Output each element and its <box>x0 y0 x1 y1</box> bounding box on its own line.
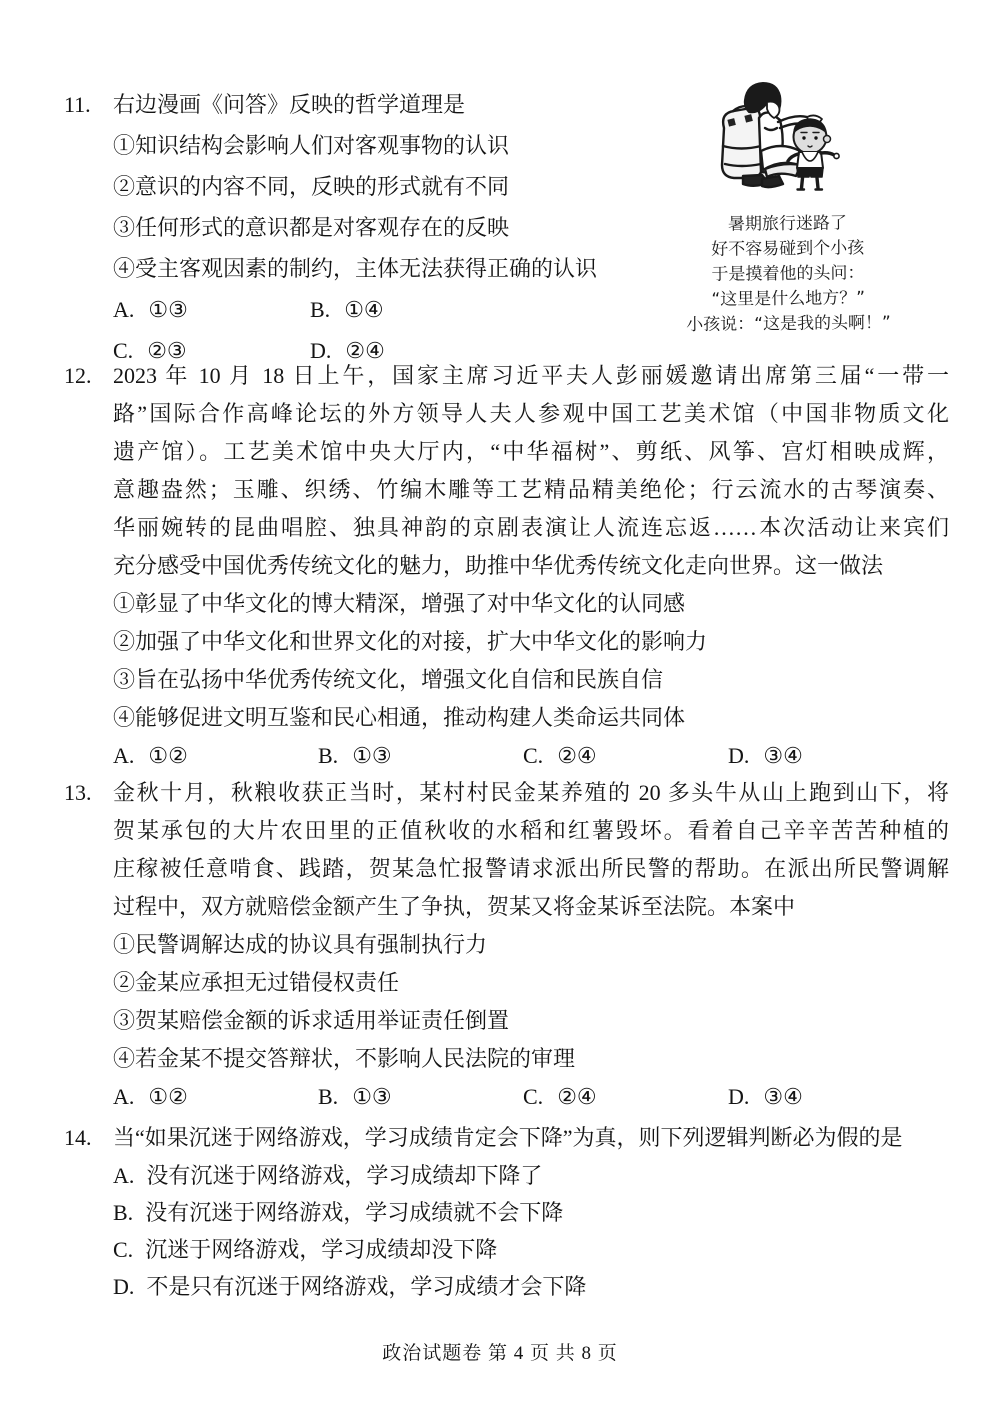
question-number: 11. <box>64 84 91 125</box>
question-13: 13. 金秋十月，秋粮收获正当时，某村村民金某养殖的 20 多头牛从山上跑到山下… <box>64 774 950 1116</box>
cartoon-caption: 暑期旅行迷路了 好不容易碰到个小孩 于是摸着他的头问： “这里是什么地方？” 小… <box>649 211 926 339</box>
choice-d: D.③④ <box>728 1078 933 1116</box>
page-footer: 政治试题卷 第 4 页 共 8 页 <box>0 1338 1000 1365</box>
choices-row: A.①② B.①③ C.②④ D.③④ <box>113 1078 949 1116</box>
question-12: 12. 2023 年 10 月 18 日上午，国家主席习近平夫人彭丽媛邀请出席第… <box>64 357 950 775</box>
choice-b: B.①④ <box>310 289 507 330</box>
statement-item-4: ④能够促进文明互鉴和民心相通，推动构建人类命运共同体 <box>113 699 949 737</box>
choice-b: B.①③ <box>318 737 523 775</box>
statement-item-2: ②金某应承担无过错侵权责任 <box>113 964 949 1002</box>
choice-a: A.①③ <box>113 289 310 330</box>
statement-item-1: ①彰显了中华文化的博大精深，增强了对中华文化的认同感 <box>113 585 949 623</box>
question-stem: 金秋十月，秋粮收获正当时，某村村民金某养殖的 20 多头牛从山上跑到山下，将 贺… <box>113 774 949 926</box>
question-number: 13. <box>64 774 92 812</box>
option-c: C.沉迷于网络游戏，学习成绩却没下降 <box>113 1231 949 1268</box>
cartoon-caption-line: 暑期旅行迷路了 <box>649 211 925 239</box>
cartoon-caption-line: “这里是什么地方？” <box>650 286 926 314</box>
statement-item-4: ④若金某不提交答辩状，不影响人民法院的审理 <box>113 1040 949 1078</box>
cartoon-caption-line: 好不容易碰到个小孩 <box>650 236 926 264</box>
question-number: 12. <box>64 357 92 395</box>
choice-d: D.③④ <box>728 737 933 775</box>
option-d: D.不是只有沉迷于网络游戏，学习成绩才会下降 <box>113 1268 949 1305</box>
question-stem: 2023 年 10 月 18 日上午，国家主席习近平夫人彭丽媛邀请出席第三届“一… <box>113 357 949 585</box>
choice-a: A.①② <box>113 1078 318 1116</box>
statement-item-3: ③旨在弘扬中华优秀传统文化，增强文化自信和民族自信 <box>113 661 949 699</box>
statement-item-1: ①民警调解达成的协议具有强制执行力 <box>113 926 949 964</box>
statement-item-3: ③贺某赔偿金额的诉求适用举证责任倒置 <box>113 1002 949 1040</box>
question-14: 14. 当“如果沉迷于网络游戏，学习成绩肯定会下降”为真，则下列逻辑判断必为假的… <box>64 1119 950 1305</box>
question-number: 14. <box>64 1119 92 1157</box>
choice-b: B.①③ <box>318 1078 523 1116</box>
choice-c: C.②④ <box>523 737 728 775</box>
option-b: B.没有沉迷于网络游戏，学习成绩就不会下降 <box>113 1194 949 1231</box>
cartoon-panel: 暑期旅行迷路了 好不容易碰到个小孩 于是摸着他的头问： “这里是什么地方？” 小… <box>650 76 926 337</box>
cartoon-illustration <box>702 76 884 211</box>
statement-item-2: ②加强了中华文化和世界文化的对接，扩大中华文化的影响力 <box>113 623 949 661</box>
choice-a: A.①② <box>113 737 318 775</box>
cartoon-caption-line: 于是摸着他的头问： <box>650 261 926 289</box>
choice-c: C.②④ <box>523 1078 728 1116</box>
question-stem: 当“如果沉迷于网络游戏，学习成绩肯定会下降”为真，则下列逻辑判断必为假的是 <box>113 1119 949 1157</box>
choices-row: A.①② B.①③ C.②④ D.③④ <box>113 737 949 775</box>
option-a: A.没有沉迷于网络游戏，学习成绩却下降了 <box>113 1157 949 1194</box>
cartoon-caption-line: 小孩说：“这是我的头啊！” <box>650 311 926 339</box>
exam-page: 11. 右边漫画《问答》反映的哲学道理是 ①知识结构会影响人们对客观事物的认识 … <box>0 0 1000 1412</box>
